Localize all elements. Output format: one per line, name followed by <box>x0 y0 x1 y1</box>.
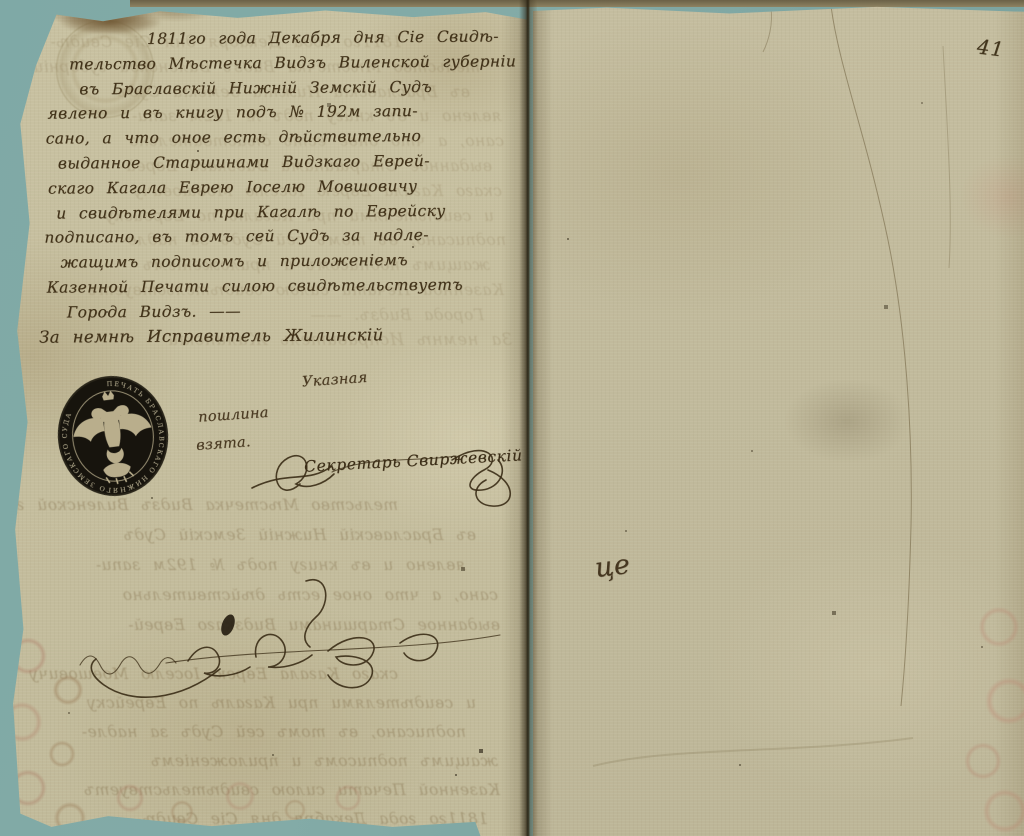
right-page: 41 це <box>533 6 1024 836</box>
manuscript-line: Города Видзъ. —— <box>67 297 515 325</box>
manuscript-line: жащимъ подписомъ и приложеніемъ <box>60 248 514 276</box>
center-fold <box>519 0 537 836</box>
manuscript-line: подписано, въ томъ сей Судъ за надле- <box>44 223 514 251</box>
signature-flourish <box>70 573 510 718</box>
manuscript-line: скаго Кагала Еврею Іоселю Мовшовичу <box>48 173 514 201</box>
folio-number: 41 <box>976 34 1006 61</box>
manuscript-line: явлено и въ книгу подъ № 192м запи- <box>47 99 513 127</box>
manuscript-line: 1811го года Декабря дня Сіе Свидѣ- <box>147 24 513 51</box>
manuscript-line: выданное Старшинами Видзкаго Еврей- <box>58 148 514 176</box>
manuscript-line: Казенной Печати силою свидѣтельствуетъ <box>47 272 515 300</box>
manuscript-scan: 1811го года Декабря дня Сіе Свидѣ- тельс… <box>0 0 1024 836</box>
scan-top-edge <box>130 0 1024 7</box>
left-page: 1811го года Декабря дня Сіе Свидѣ- тельс… <box>10 8 527 836</box>
manuscript-body: 1811го года Декабря дня Сіе Свидѣ- тельс… <box>35 24 515 350</box>
court-seal: ПЕЧАТЬ БРАСЛАВСКАГО НИЖНЯГО ЗЕМСКАГО СУД… <box>47 367 179 504</box>
manuscript-line: сано, а что оное есть дѣйствительно <box>46 124 514 152</box>
ink-blot <box>219 613 238 638</box>
clerk-signatures <box>70 573 510 718</box>
manuscript-line: тельство Мѣстечка Видзъ Виленской губерн… <box>69 49 513 77</box>
paper-creases <box>533 6 1024 836</box>
fee-note-line: Указная <box>301 364 368 397</box>
paraph-mark: це <box>593 549 631 584</box>
manuscript-line: За немнѣ Исправитель Жилинскій <box>39 322 515 350</box>
secretary-signature: Секретарь Свиржевскій <box>248 426 532 514</box>
manuscript-line: въ Браславскій Нижній Земскій Судъ <box>79 74 513 102</box>
dust-specks <box>10 8 12 10</box>
manuscript-line: и свидѣтелями при Кагалѣ по Еврейску <box>56 198 514 226</box>
